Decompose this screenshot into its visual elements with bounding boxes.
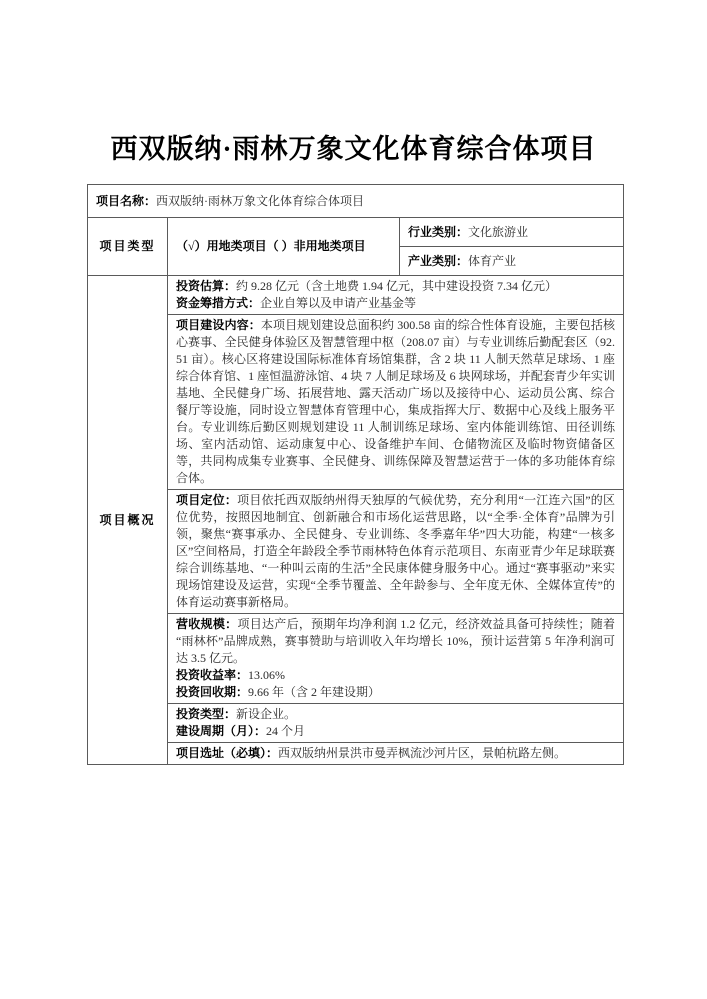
overview-row-location: 项目选址（必填）：西双版纳州景洪市曼弄枫流沙河片区，景帕杭路左侧。 bbox=[88, 743, 624, 765]
page-title: 西双版纳·雨林万象文化体育综合体项目 bbox=[0, 127, 707, 166]
project-name-value: 西双版纳·雨林万象文化体育综合体项目 bbox=[156, 194, 364, 208]
project-type-header: 项目类型 bbox=[88, 218, 168, 276]
project-type-row: 项目类型 （√）用地类项目（ ）非用地类项目 行业类别：文化旅游业 bbox=[88, 218, 624, 247]
overview-row-positioning: 项目定位：项目依托西双版纳州得天独厚的气候优势，充分利用“一江连六国”的区位优势… bbox=[88, 490, 624, 614]
project-location-label: 项目选址（必填）： bbox=[176, 746, 278, 760]
industry-category-value: 文化旅游业 bbox=[468, 225, 528, 239]
project-positioning-label: 项目定位： bbox=[176, 493, 237, 507]
investment-type-label: 投资类型： bbox=[176, 707, 236, 721]
project-location-cell: 项目选址（必填）：西双版纳州景洪市曼弄枫流沙河片区，景帕杭路左侧。 bbox=[168, 743, 624, 765]
overview-row-construction: 项目建设内容：本项目规划建设总面积约 300.58 亩的综合性体育设施，主要包括… bbox=[88, 315, 624, 490]
overview-row-revenue: 营收规模：项目达产后，预期年均净利润 1.2 亿元，经济效益具备可持续性；随着“… bbox=[88, 614, 624, 704]
revenue-scale-value: 项目达产后，预期年均净利润 1.2 亿元，经济效益具备可持续性；随着“雨林杯”品… bbox=[176, 617, 615, 665]
payback-period-label: 投资回收期： bbox=[176, 685, 248, 699]
payback-period-value: 9.66 年（含 2 年建设期） bbox=[248, 685, 380, 699]
investment-estimate-label: 投资估算： bbox=[176, 279, 236, 293]
funding-method-value: 企业自筹以及申请产业基金等 bbox=[260, 296, 416, 310]
construction-content-value: 本项目规划建设总面积约 300.58 亩的综合性体育设施，主要包括核心赛事、全民… bbox=[176, 318, 615, 485]
investment-type-cell: 投资类型：新设企业。 建设周期（月）：24 个月 bbox=[168, 704, 624, 743]
overview-header: 项目概况 bbox=[88, 276, 168, 765]
construction-content-label: 项目建设内容： bbox=[176, 318, 261, 332]
project-name-label: 项目名称： bbox=[96, 194, 156, 208]
project-name-cell: 项目名称：西双版纳·雨林万象文化体育综合体项目 bbox=[88, 185, 624, 218]
sector-category-label: 产业类别： bbox=[408, 254, 468, 268]
construction-content-cell: 项目建设内容：本项目规划建设总面积约 300.58 亩的综合性体育设施，主要包括… bbox=[168, 315, 624, 490]
project-positioning-value: 项目依托西双版纳州得天独厚的气候优势，充分利用“一江连六国”的区位优势，按照因地… bbox=[176, 493, 615, 609]
revenue-scale-label: 营收规模： bbox=[176, 617, 237, 631]
investment-type-value: 新设企业。 bbox=[236, 707, 296, 721]
construction-period-label: 建设周期（月）： bbox=[176, 724, 266, 738]
return-rate-value: 13.06% bbox=[248, 668, 285, 682]
overview-row-investment: 项目概况 投资估算：约 9.28 亿元（含土地费 1.94 亿元，其中建设投资 … bbox=[88, 276, 624, 315]
investment-estimate-cell: 投资估算：约 9.28 亿元（含土地费 1.94 亿元，其中建设投资 7.34 … bbox=[168, 276, 624, 315]
funding-method-label: 资金筹措方式： bbox=[176, 296, 260, 310]
project-location-value: 西双版纳州景洪市曼弄枫流沙河片区，景帕杭路左侧。 bbox=[278, 746, 566, 760]
project-info-table: 项目名称：西双版纳·雨林万象文化体育综合体项目 项目类型 （√）用地类项目（ ）… bbox=[87, 184, 624, 765]
revenue-scale-cell: 营收规模：项目达产后，预期年均净利润 1.2 亿元，经济效益具备可持续性；随着“… bbox=[168, 614, 624, 704]
project-type-options: （√）用地类项目（ ）非用地类项目 bbox=[168, 218, 400, 276]
investment-estimate-value: 约 9.28 亿元（含土地费 1.94 亿元，其中建设投资 7.34 亿元） bbox=[236, 279, 557, 293]
project-positioning-cell: 项目定位：项目依托西双版纳州得天独厚的气候优势，充分利用“一江连六国”的区位优势… bbox=[168, 490, 624, 614]
overview-row-invest-type: 投资类型：新设企业。 建设周期（月）：24 个月 bbox=[88, 704, 624, 743]
sector-category-cell: 产业类别：体育产业 bbox=[400, 247, 624, 276]
project-name-row: 项目名称：西双版纳·雨林万象文化体育综合体项目 bbox=[88, 185, 624, 218]
industry-category-label: 行业类别： bbox=[408, 225, 468, 239]
industry-category-cell: 行业类别：文化旅游业 bbox=[400, 218, 624, 247]
construction-period-value: 24 个月 bbox=[266, 724, 305, 738]
return-rate-label: 投资收益率： bbox=[176, 668, 248, 682]
sector-category-value: 体育产业 bbox=[468, 254, 516, 268]
